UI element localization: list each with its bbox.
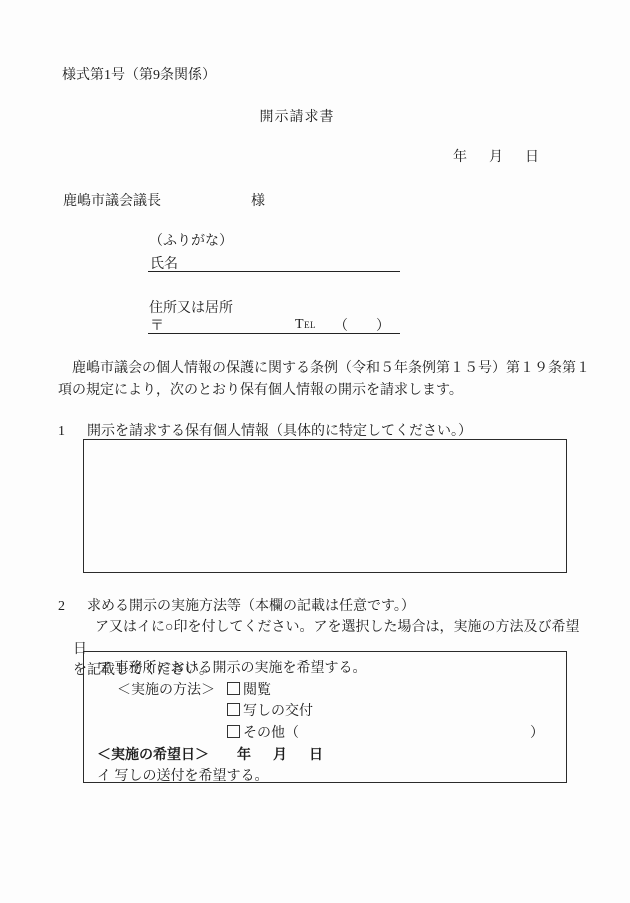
disclosure-request-form-page: 様式第1号（第9条関係） 開示請求書 年 月 日 鹿嶋市議会議長様 （ふりがな）… — [0, 0, 630, 903]
checkbox-other[interactable] — [227, 725, 240, 738]
statement-line-2: 項の規定により，次のとおり保有個人情報の開示を請求します。 — [58, 380, 592, 402]
form-number: 様式第1号（第9条関係） — [62, 64, 216, 84]
option-b-row: イ 写しの送付を希望する。 — [84, 765, 566, 785]
method-view-label: 閲覧 — [243, 683, 271, 698]
furigana-label: （ふりがな） — [149, 230, 233, 250]
section-1-heading: 開示を請求する保有個人情報（具体的に特定してください。） — [87, 424, 472, 439]
request-statement-paragraph: 鹿嶋市議会の個人情報の保護に関する条例（令和５年条例第１５号）第１９条第１ 項の… — [58, 358, 592, 401]
addressee-honorific: 様 — [251, 194, 265, 209]
option-a-row: ア 事務所における開示の実施を希望する。 — [84, 657, 566, 677]
method-copy-label: 写しの交付 — [243, 704, 313, 719]
method-other-label: その他（ — [243, 726, 299, 741]
addressee-name: 鹿嶋市議会議長 — [63, 194, 161, 209]
section-2-heading: 求める開示の実施方法等（本欄の記載は任意です。） — [87, 599, 415, 614]
date-fill-line: 年 月 日 — [453, 146, 543, 166]
section-1-number: 1 — [58, 424, 65, 439]
checkbox-copy-delivery[interactable] — [227, 703, 240, 716]
option-a-label: ア 事務所における開示の実施を希望する。 — [97, 657, 367, 677]
name-label: 氏名 — [150, 253, 178, 273]
method-row-view: ＜実施の方法＞ 閲覧 — [84, 679, 566, 699]
document-title: 開示請求書 — [0, 106, 594, 126]
tel-label: TEL — [295, 317, 316, 333]
wish-date-row: ＜実施の希望日＞ 年 月 日 — [84, 744, 566, 764]
statement-line-1: 鹿嶋市議会の個人情報の保護に関する条例（令和５年条例第１５号）第１９条第１ — [58, 358, 592, 380]
method-row-copy: 写しの交付 — [84, 700, 566, 720]
option-b-label: イ 写しの送付を希望する。 — [97, 765, 269, 785]
method-label: ＜実施の方法＞ — [117, 679, 215, 699]
section-2-number: 2 — [58, 599, 65, 614]
disclosure-method-box: ア 事務所における開示の実施を希望する。 ＜実施の方法＞ 閲覧 写しの交付 その… — [83, 651, 567, 783]
addressee-line: 鹿嶋市議会議長様 — [63, 190, 265, 210]
name-input-line[interactable]: 氏名 — [148, 251, 400, 272]
tel-area-code-parens: （ ） — [334, 315, 390, 335]
postal-mark-icon: 〒 — [150, 315, 164, 335]
checkbox-view-on-site[interactable] — [227, 682, 240, 695]
other-close-paren: ） — [530, 722, 544, 742]
section-1-heading-line: 1開示を請求する保有個人情報（具体的に特定してください。） — [58, 420, 472, 440]
wish-date-label: ＜実施の希望日＞ — [97, 744, 209, 764]
wish-date-fill-line: 年 月 日 — [237, 744, 327, 764]
section-2-heading-line: 2求める開示の実施方法等（本欄の記載は任意です。） — [58, 595, 415, 615]
requested-information-entry-box[interactable] — [83, 439, 567, 573]
address-input-line[interactable]: 〒 TEL （ ） — [148, 313, 400, 334]
method-row-other: その他（ ） — [84, 722, 566, 742]
